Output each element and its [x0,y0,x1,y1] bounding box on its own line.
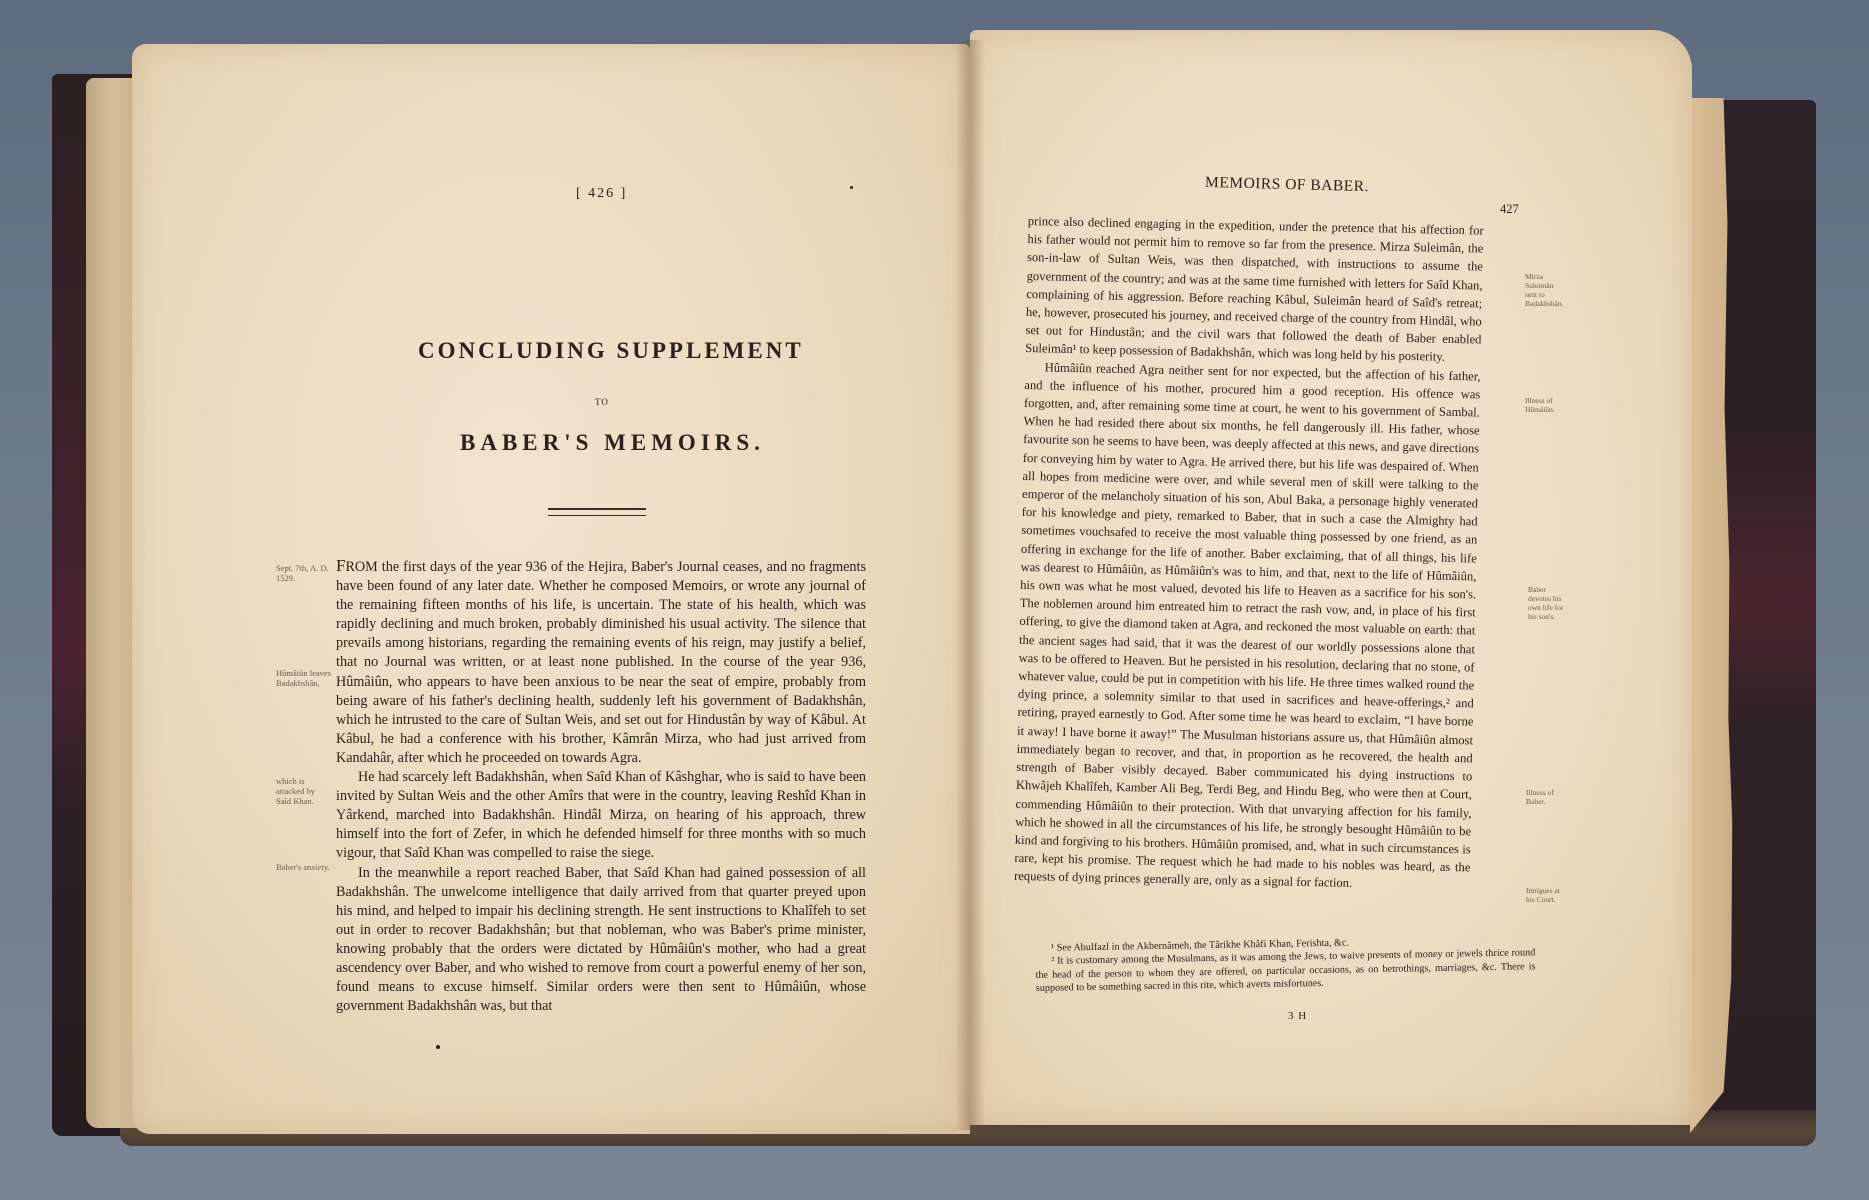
right-page-body: prince also declined engaging in the exp… [1014,212,1484,895]
paragraph: He had scarcely left Badakhshân, when Sa… [336,768,866,863]
margin-note: Illness of Baber. [1526,788,1566,806]
chapter-title-connector: TO [595,397,609,407]
left-page-body: FROM the first days of the year 936 of t… [336,556,866,1016]
margin-note: Baber's anxiety. [276,862,332,872]
right-page-number: 427 [1500,202,1519,217]
chapter-title-line1: CONCLUDING SUPPLEMENT [418,338,804,364]
small-caps-lead: ROM [345,559,377,575]
book-gutter [955,40,985,1130]
margin-note: Mirza Suleimân sent to Badakhshân. [1525,272,1563,308]
margin-note: which is attacked by Saîd Khan. [276,776,332,806]
chapter-title-line2: BABER'S MEMOIRS. [460,430,765,456]
title-rule-divider [548,508,646,516]
margin-note: Baber devotes his own life for his son's… [1528,585,1568,621]
margin-note: Intrigues at his Court. [1526,886,1568,904]
paragraph-text: the first days of the year 936 of the He… [336,559,866,766]
paragraph: prince also declined engaging in the exp… [1025,212,1484,367]
margin-note: Hûmâiûn leaves Badakhshân, [276,668,332,688]
margin-note: Sept. 7th, A. D. 1529. [276,563,332,583]
ink-speck [850,186,853,189]
paragraph: Hûmâiûn reached Agra neither sent for no… [1014,358,1481,895]
paragraph: In the meanwhile a report reached Baber,… [336,864,866,1017]
paragraph: FROM the first days of the year 936 of t… [336,556,866,768]
ink-speck [436,1045,440,1049]
margin-note: Illness of Hûmâiûn. [1525,396,1563,414]
signature-mark: 3 H [1288,1010,1307,1022]
left-page-number: [ 426 ] [576,186,627,202]
footnotes: ¹ See Abulfazl in the Akbernâmeh, the Tâ… [1035,933,1536,995]
